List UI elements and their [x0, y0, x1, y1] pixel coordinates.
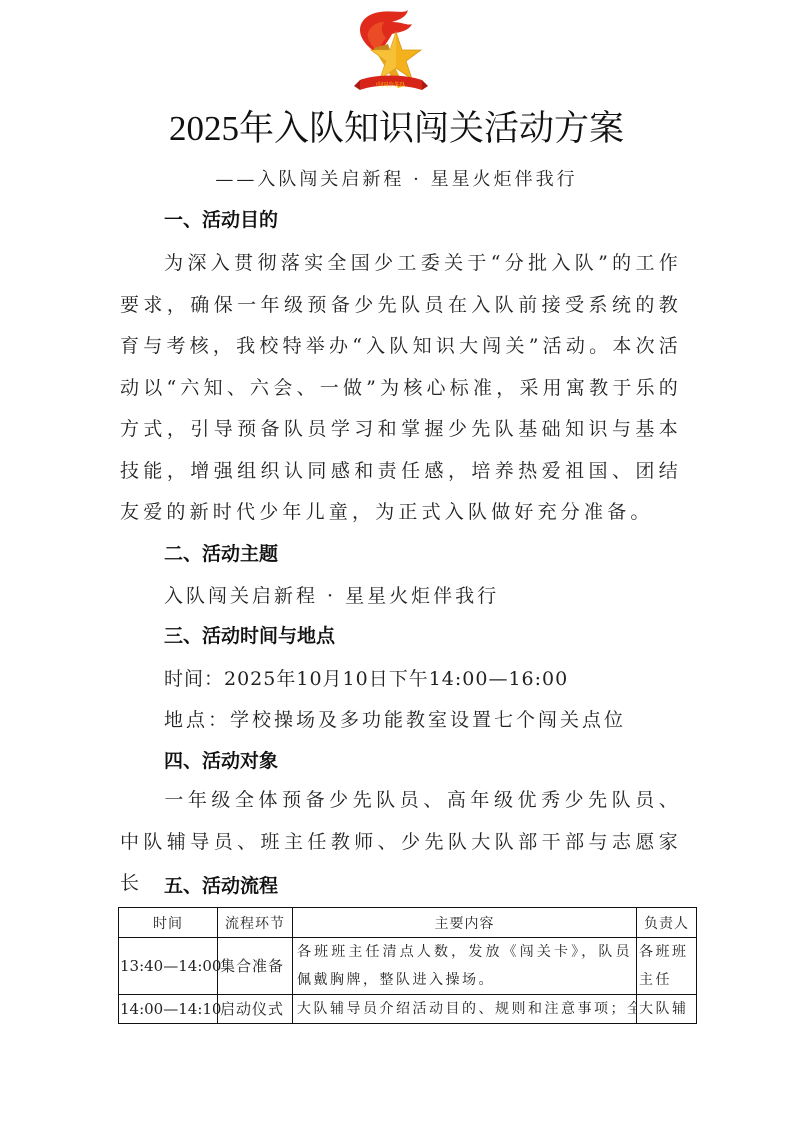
document-subtitle: ——入队闯关启新程 · 星星火炬伴我行 [0, 167, 793, 193]
cell-owner: 各班班主任 [637, 938, 697, 995]
table-row: 14:00—14:10 启动仪式 大队辅导员介绍活动目的、规则和注意事项；全 大… [119, 995, 697, 1024]
young-pioneers-emblem-icon: 中国少先队 [352, 8, 428, 100]
section-heading-participants: 四、活动对象 [164, 747, 278, 775]
header-content: 主要内容 [293, 908, 637, 938]
cell-time: 14:00—14:10 [119, 995, 218, 1024]
cell-step: 启动仪式 [218, 995, 293, 1024]
section-heading-theme: 二、活动主题 [164, 540, 278, 568]
flow-table: 时间 流程环节 主要内容 负责人 13:40—14:00 集合准备 各班班主任清… [118, 907, 697, 1024]
cell-step: 集合准备 [218, 938, 293, 995]
section-heading-time-place: 三、活动时间与地点 [164, 622, 335, 650]
theme-text: 入队闯关启新程 · 星星火炬伴我行 [164, 582, 499, 610]
time-line: 时间：2025年10月10日下午14:00—16:00 [164, 665, 568, 693]
purpose-text: 为深入贯彻落实全国少工委关于“分批入队”的工作要求，确保一年级预备少先队员在入队… [120, 252, 682, 523]
section-heading-purpose: 一、活动目的 [164, 206, 278, 234]
table-row: 13:40—14:00 集合准备 各班班主任清点人数，发放《闯关卡》，队员佩戴胸… [119, 938, 697, 995]
header-time: 时间 [119, 908, 218, 938]
table-header-row: 时间 流程环节 主要内容 负责人 [119, 908, 697, 938]
place-line: 地点：学校操场及多功能教室设置七个闯关点位 [164, 706, 626, 734]
cell-content: 各班班主任清点人数，发放《闯关卡》，队员佩戴胸牌，整队进入操场。 [293, 938, 637, 995]
section-heading-flow: 五、活动流程 [164, 872, 278, 900]
svg-text:中国少先队: 中国少先队 [376, 81, 406, 89]
section-paragraph-purpose: 为深入贯彻落实全国少工委关于“分批入队”的工作要求，确保一年级预备少先队员在入队… [120, 243, 682, 534]
document-title: 2025年入队知识闯关活动方案 [0, 106, 793, 152]
cell-owner: 大队辅 [637, 995, 697, 1024]
header-step: 流程环节 [218, 908, 293, 938]
header-owner: 负责人 [637, 908, 697, 938]
cell-time: 13:40—14:00 [119, 938, 218, 995]
cell-content: 大队辅导员介绍活动目的、规则和注意事项；全 [293, 995, 637, 1024]
